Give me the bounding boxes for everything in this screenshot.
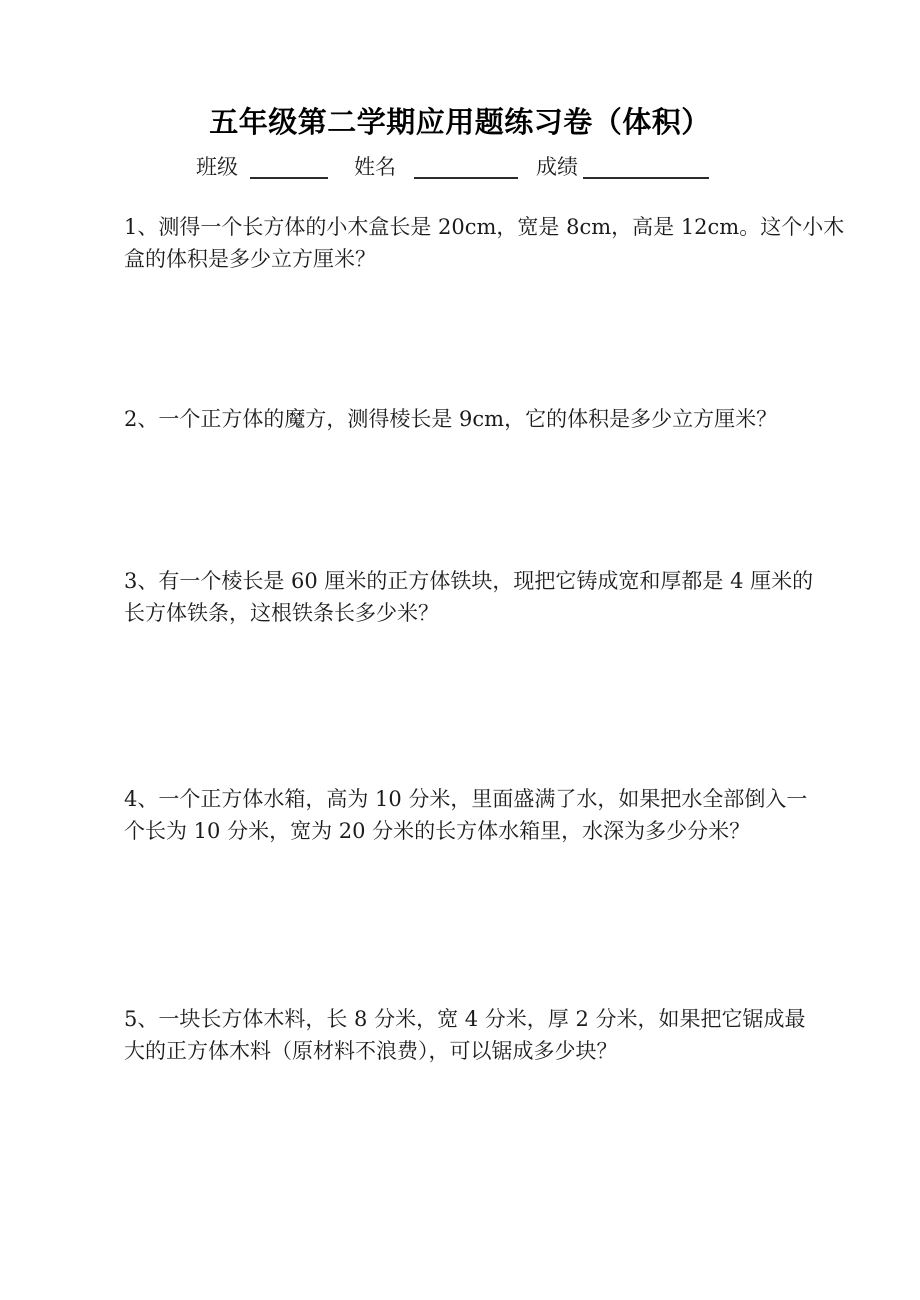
class-label: 班级 [196, 155, 238, 179]
class-blank-line [250, 159, 328, 179]
question-1: 1、测得一个长方体的小木盒长是 20cm，宽是 8cm，高是 12cm。这个小木… [124, 211, 814, 275]
question-3: 3、有一个棱长是 60 厘米的正方体铁块，现把它铸成宽和厚都是 4 厘米的 长方… [124, 565, 814, 629]
question-5: 5、一块长方体木料，长 8 分米，宽 4 分米，厚 2 分米，如果把它锯成最 大… [124, 1003, 814, 1067]
question-4-line-1: 4、一个正方体水箱，高为 10 分米，里面盛满了水，如果把水全部倒入一 [124, 783, 814, 815]
question-5-line-1: 5、一块长方体木料，长 8 分米，宽 4 分米，厚 2 分米，如果把它锯成最 [124, 1003, 814, 1035]
question-4-line-2: 个长为 10 分米，宽为 20 分米的长方体水箱里，水深为多少分米？ [124, 815, 814, 847]
question-1-line-2: 盒的体积是多少立方厘米？ [124, 243, 814, 275]
score-label: 成绩 [536, 155, 578, 179]
name-blank-line [414, 159, 518, 179]
question-2-line-1: 2、一个正方体的魔方，测得棱长是 9cm，它的体积是多少立方厘米？ [124, 403, 814, 435]
question-3-line-1: 3、有一个棱长是 60 厘米的正方体铁块，现把它铸成宽和厚都是 4 厘米的 [124, 565, 814, 597]
question-4: 4、一个正方体水箱，高为 10 分米，里面盛满了水，如果把水全部倒入一 个长为 … [124, 783, 814, 847]
worksheet-page: 五年级第二学期应用题练习卷（体积） 班级姓名成绩 1、测得一个长方体的小木盒长是… [0, 0, 920, 1300]
student-info-line: 班级姓名成绩 [196, 152, 709, 182]
worksheet-title: 五年级第二学期应用题练习卷（体积） [0, 104, 920, 140]
question-3-line-2: 长方体铁条，这根铁条长多少米？ [124, 597, 814, 629]
question-5-line-2: 大的正方体木料（原材料不浪费），可以锯成多少块？ [124, 1035, 814, 1067]
name-label: 姓名 [354, 155, 396, 179]
question-2: 2、一个正方体的魔方，测得棱长是 9cm，它的体积是多少立方厘米？ [124, 403, 814, 435]
score-blank-line [583, 159, 709, 179]
question-1-line-1: 1、测得一个长方体的小木盒长是 20cm，宽是 8cm，高是 12cm。这个小木 [124, 211, 814, 243]
